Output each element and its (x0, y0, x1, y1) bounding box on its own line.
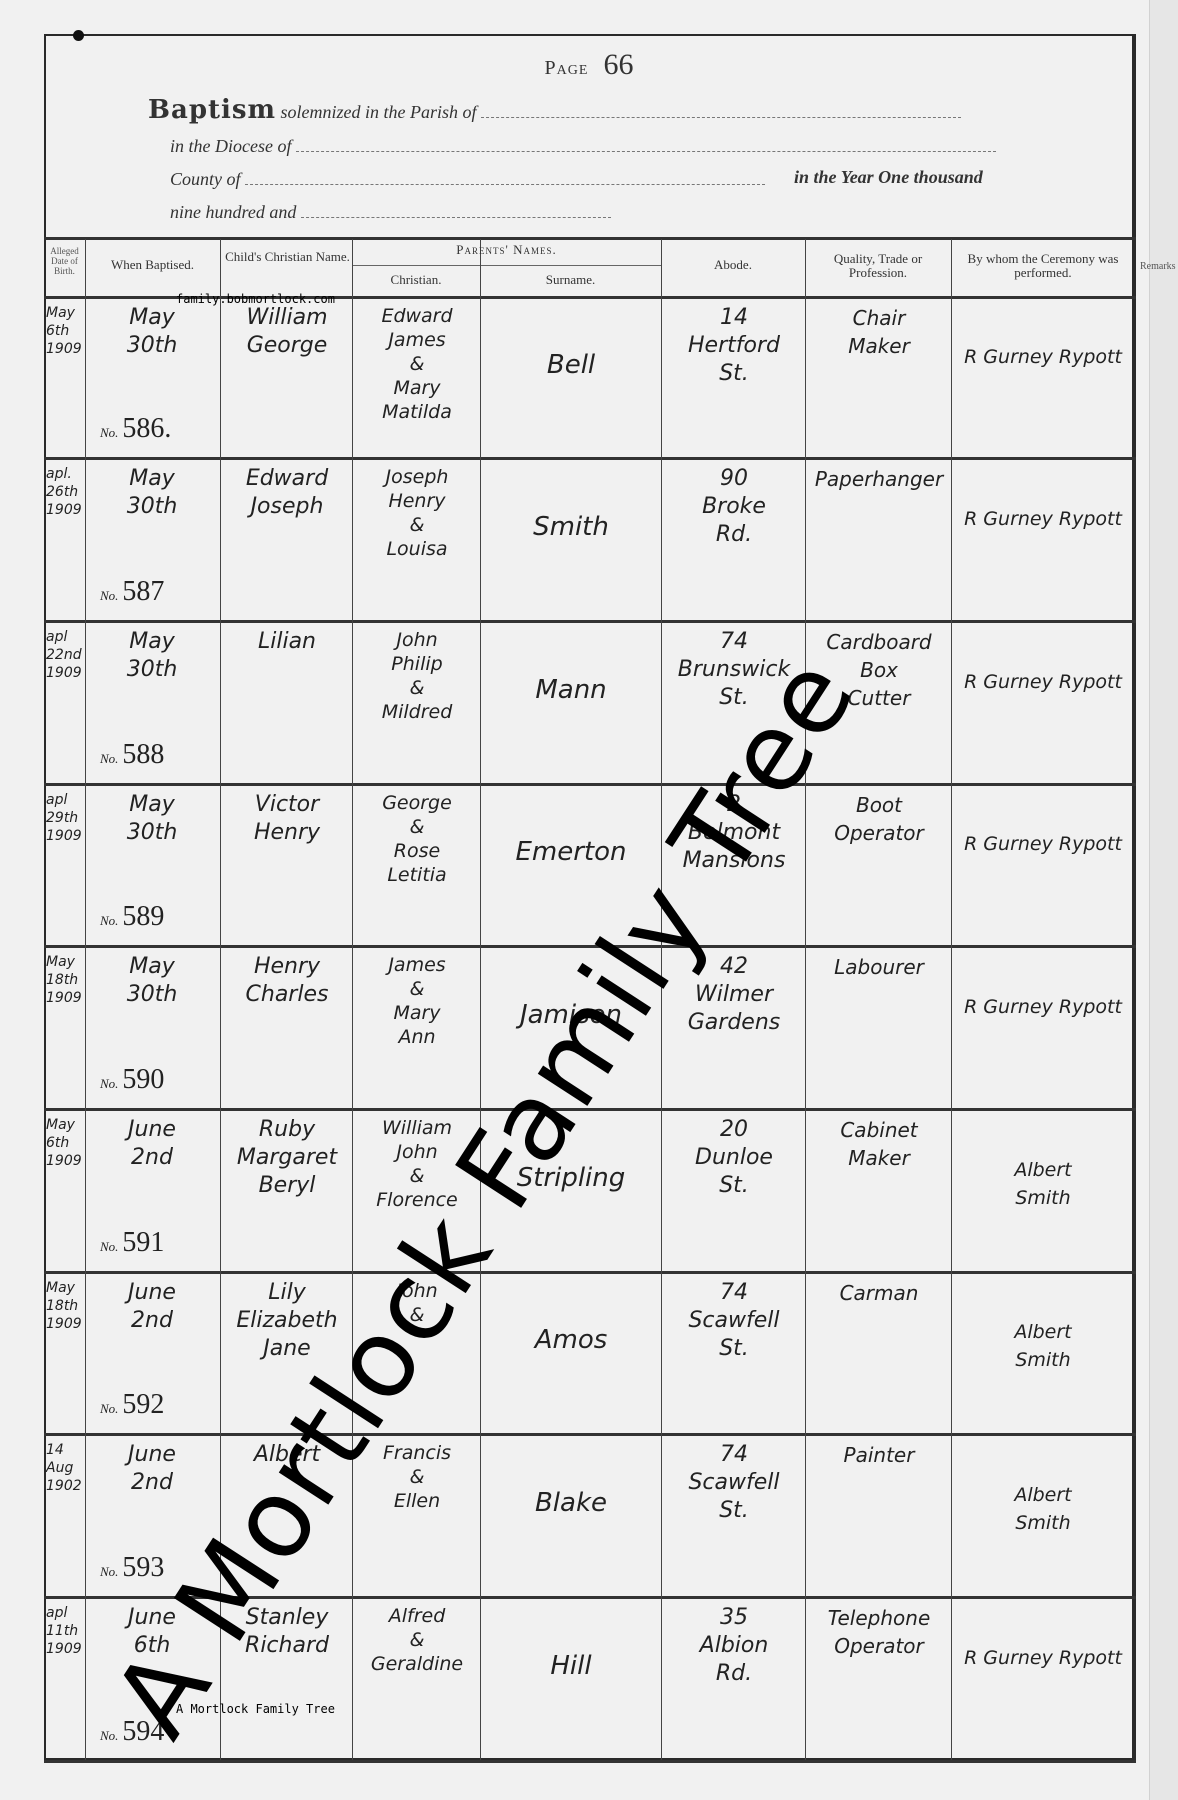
col-header-by-whom: By whom the Ceremony was performed. (958, 252, 1128, 280)
cell-trade: Painter (807, 1441, 951, 1469)
entry-number: No.592 (100, 1389, 164, 1421)
cell-when-baptised: June 2nd (92, 1441, 212, 1497)
form-header-line-2: in the Diocese of (170, 136, 996, 157)
cell-trade: Carman (807, 1279, 951, 1307)
row-rule (44, 1760, 1136, 1763)
col-header-parents: Parents' Names. (352, 243, 661, 257)
form-header-line-1: Baptism solemnized in the Parish of (148, 95, 961, 125)
cell-parents-christian: John Philip & Mildred (354, 628, 480, 724)
cell-child-name: Ruby Margaret Beryl (222, 1116, 352, 1200)
row-rule (44, 783, 1136, 786)
entry-number: No.590 (100, 1064, 164, 1096)
cell-by-whom: R Gurney Rypott (953, 505, 1133, 533)
page-label: Page (545, 57, 589, 79)
entry-number: No.591 (100, 1227, 164, 1259)
cell-abode: 74 Scawfell St. (663, 1279, 805, 1363)
entry-number-prefix: No. (100, 1401, 118, 1416)
cell-surname: Smith (482, 513, 660, 541)
cell-parents-christian: Edward James & Mary Matilda (354, 304, 480, 424)
cell-by-whom: Albert Smith (953, 1318, 1133, 1374)
cell-date-of-birth: apl. 26th 1909 (46, 465, 86, 519)
entry-number-prefix: No. (100, 913, 118, 928)
cell-by-whom: R Gurney Rypott (953, 343, 1133, 371)
entry-number: No.587 (100, 576, 164, 608)
cell-by-whom: Albert Smith (953, 1156, 1133, 1212)
entry-number-value: 593 (122, 1552, 164, 1583)
entry-number: No.593 (100, 1552, 164, 1584)
row-rule (44, 1271, 1136, 1274)
cell-when-baptised: June 2nd (92, 1116, 212, 1172)
cell-trade: Chair Maker (807, 304, 951, 360)
col-header-surname: Surname. (480, 273, 661, 287)
cell-parents-christian: George & Rose Letitia (354, 791, 480, 887)
form-header-line-3: County of (170, 169, 765, 190)
col-header-when: When Baptised. (85, 258, 220, 272)
parents-subheader-rule (352, 265, 661, 266)
entry-number-value: 592 (122, 1389, 164, 1420)
cell-date-of-birth: May 6th 1909 (46, 1116, 86, 1170)
diocese-field (296, 150, 996, 152)
entry-number-prefix: No. (100, 1076, 118, 1091)
cell-when-baptised: May 30th (92, 953, 212, 1009)
cell-date-of-birth: apl 11th 1909 (46, 1604, 86, 1658)
county-label: County of (170, 169, 241, 189)
year-label: in the Year One thousand (794, 167, 983, 188)
cell-when-baptised: May 30th (92, 304, 212, 360)
entry-number-prefix: No. (100, 1239, 118, 1254)
cell-abode: 90 Broke Rd. (663, 465, 805, 549)
cell-child-name: William George (222, 304, 352, 360)
entry-number-prefix: No. (100, 751, 118, 766)
cell-parents-christian: Joseph Henry & Louisa (354, 465, 480, 561)
cell-abode: 35 Albion Rd. (663, 1604, 805, 1688)
row-rule (44, 457, 1136, 460)
cell-trade: Boot Operator (807, 791, 951, 847)
cell-when-baptised: May 30th (92, 465, 212, 521)
row-rule (44, 620, 1136, 623)
entry-number-value: 586. (122, 413, 171, 444)
cell-by-whom: R Gurney Rypott (953, 830, 1133, 858)
cell-child-name: Lilian (222, 628, 352, 656)
cell-trade: Telephone Operator (807, 1604, 951, 1660)
cell-trade: Paperhanger (807, 465, 951, 493)
cell-by-whom: R Gurney Rypott (953, 993, 1133, 1021)
cell-abode: 74 Scawfell St. (663, 1441, 805, 1525)
cell-child-name: Edward Joseph (222, 465, 352, 521)
cell-surname: Bell (482, 351, 660, 379)
col-header-christian: Christian. (352, 273, 480, 287)
cell-date-of-birth: May 18th 1909 (46, 1279, 86, 1333)
cell-date-of-birth: May 18th 1909 (46, 953, 86, 1007)
cell-trade: Cabinet Maker (807, 1116, 951, 1172)
entry-number-value: 590 (122, 1064, 164, 1095)
entry-number: No.588 (100, 739, 164, 771)
cell-when-baptised: June 2nd (92, 1279, 212, 1335)
entry-number-prefix: No. (100, 1564, 118, 1579)
watermark-url: family.bobmortlock.com (176, 292, 335, 306)
cell-when-baptised: May 30th (92, 791, 212, 847)
parish-label: solemnized in the Parish of (281, 102, 477, 122)
column-rule (805, 239, 806, 1760)
col-header-abode: Abode. (661, 258, 805, 272)
cell-parents-christian: Alfred & Geraldine (354, 1604, 480, 1676)
entry-number-value: 591 (122, 1227, 164, 1258)
cell-child-name: Henry Charles (222, 953, 352, 1009)
cell-surname: Blake (482, 1489, 660, 1517)
entry-number-prefix: No. (100, 1728, 118, 1743)
diocese-label: in the Diocese of (170, 136, 291, 156)
county-field (245, 183, 765, 185)
cell-date-of-birth: apl 29th 1909 (46, 791, 86, 845)
cell-abode: 14 Hertford St. (663, 304, 805, 388)
entry-number: No.586. (100, 413, 171, 445)
cell-surname: Amos (482, 1326, 660, 1354)
page-number-value: 66 (604, 48, 634, 81)
entry-number-value: 588 (122, 739, 164, 770)
header-top-rule (44, 237, 1136, 240)
cell-by-whom: R Gurney Rypott (953, 668, 1133, 696)
entry-number-prefix: No. (100, 588, 118, 603)
cell-by-whom: Albert Smith (953, 1481, 1133, 1537)
column-rule (951, 239, 952, 1760)
cell-surname: Hill (482, 1652, 660, 1680)
cell-date-of-birth: 14 Aug 1902 (46, 1441, 86, 1495)
entry-number-value: 589 (122, 901, 164, 932)
binding-dot (73, 30, 84, 41)
cell-parents-christian: James & Mary Ann (354, 953, 480, 1049)
entry-number: No.589 (100, 901, 164, 933)
column-rule (480, 239, 481, 1760)
cell-trade: Labourer (807, 953, 951, 981)
year-field (301, 216, 611, 218)
entry-number-value: 587 (122, 576, 164, 607)
form-header-line-4: nine hundred and (170, 202, 611, 223)
col-header-remarks: Remarks (1140, 262, 1178, 272)
col-header-trade: Quality, Trade or Profession. (810, 252, 946, 280)
cell-abode: 20 Dunloe St. (663, 1116, 805, 1200)
cell-date-of-birth: May 6th 1909 (46, 304, 86, 358)
entry-number-prefix: No. (100, 425, 118, 440)
cell-child-name: Victor Henry (222, 791, 352, 847)
page-number: Page 66 (0, 48, 1178, 82)
cell-surname: Mann (482, 676, 660, 704)
column-rule (352, 239, 353, 1760)
cell-when-baptised: May 30th (92, 628, 212, 684)
cell-by-whom: R Gurney Rypott (953, 1644, 1133, 1672)
col-header-child: Child's Christian Name. (225, 250, 350, 264)
cell-date-of-birth: apl 22nd 1909 (46, 628, 86, 682)
form-title: Baptism (148, 95, 276, 125)
year-suffix-label: nine hundred and (170, 202, 296, 222)
row-rule (44, 1433, 1136, 1436)
col-header-dob: Alleged Date of Birth. (44, 246, 85, 276)
parish-field (481, 116, 961, 118)
